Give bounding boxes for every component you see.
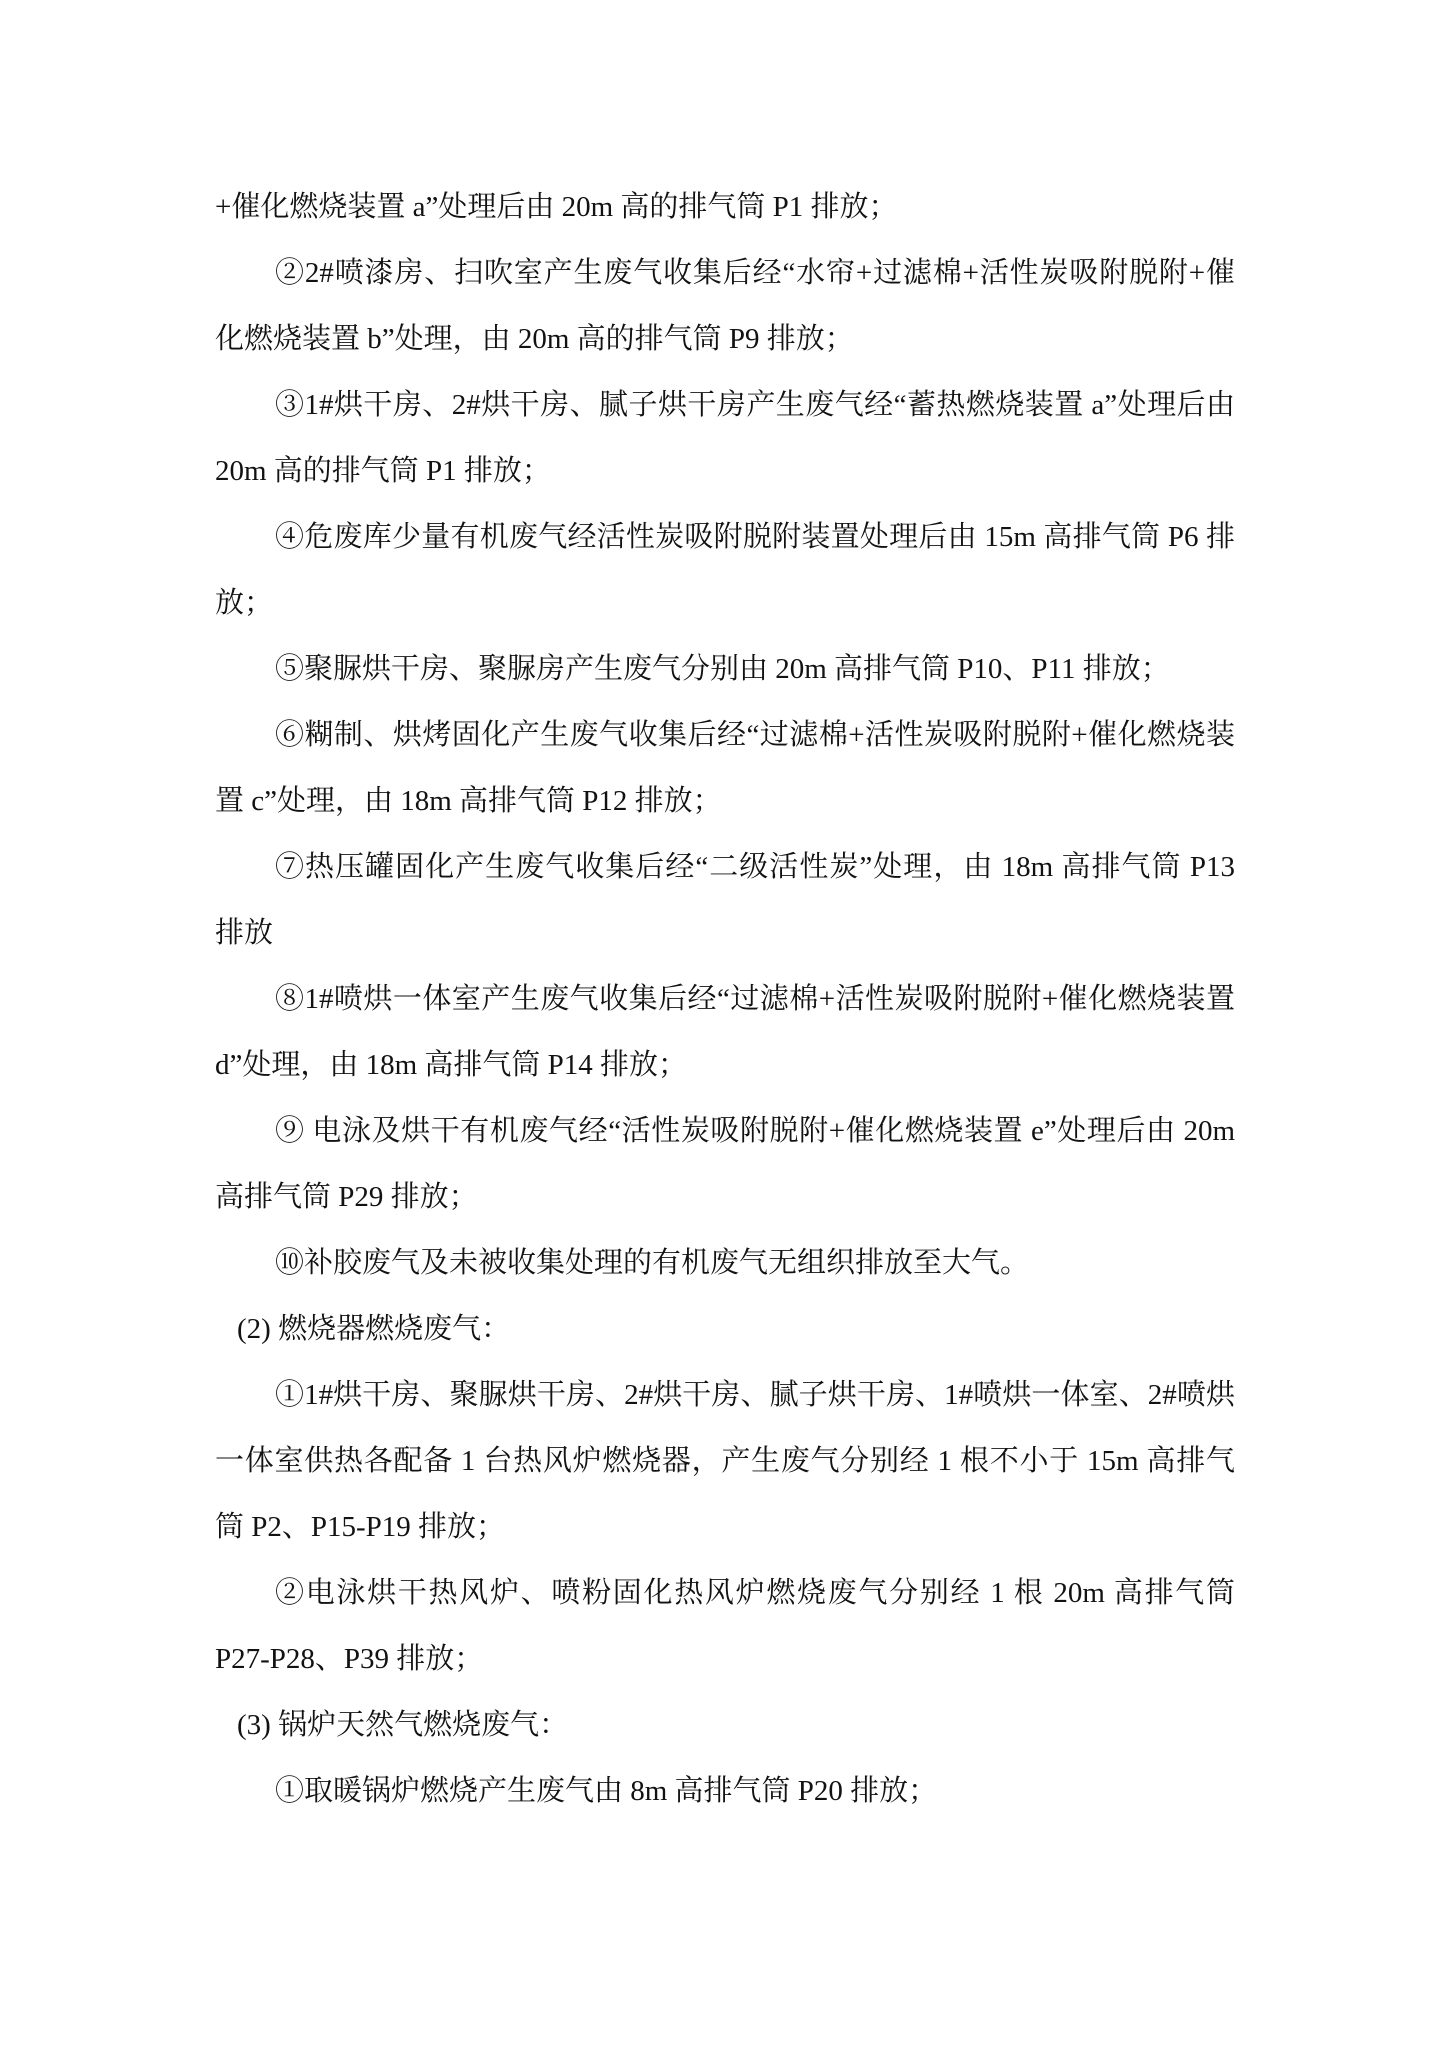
document-line: ③1#烘干房、2#烘干房、腻子烘干房产生废气经“蓄热燃烧装置 a”处理后由 — [215, 372, 1235, 438]
document-body: +催化燃烧装置 a”处理后由 20m 高的排气筒 P1 排放；②2#喷漆房、扫吹… — [215, 174, 1235, 1824]
document-line: ⑦热压罐固化产生废气收集后经“二级活性炭”处理，由 18m 高排气筒 P13 — [215, 834, 1235, 900]
document-line: 高排气筒 P29 排放； — [215, 1164, 1235, 1230]
document-line: ⑧1#喷烘一体室产生废气收集后经“过滤棉+活性炭吸附脱附+催化燃烧装置 — [215, 966, 1235, 1032]
paragraph: ①1#烘干房、聚脲烘干房、2#烘干房、腻子烘干房、1#喷烘一体室、2#喷烘一体室… — [215, 1362, 1235, 1560]
paragraph: ⑥糊制、烘烤固化产生废气收集后经“过滤棉+活性炭吸附脱附+催化燃烧装置 c”处理… — [215, 702, 1235, 834]
document-line: 一体室供热各配备 1 台热风炉燃烧器，产生废气分别经 1 根不小于 15m 高排… — [215, 1428, 1235, 1494]
document-line: 置 c”处理，由 18m 高排气筒 P12 排放； — [215, 768, 1235, 834]
paragraph: ⑧1#喷烘一体室产生废气收集后经“过滤棉+活性炭吸附脱附+催化燃烧装置d”处理，… — [215, 966, 1235, 1098]
paragraph: (3) 锅炉天然气燃烧废气： — [215, 1692, 1235, 1758]
paragraph: ②电泳烘干热风炉、喷粉固化热风炉燃烧废气分别经 1 根 20m 高排气筒P27-… — [215, 1560, 1235, 1692]
document-line: 筒 P2、P15-P19 排放； — [215, 1494, 1235, 1560]
paragraph: ⑤聚脲烘干房、聚脲房产生废气分别由 20m 高排气筒 P10、P11 排放； — [215, 636, 1235, 702]
paragraph: ⑨ 电泳及烘干有机废气经“活性炭吸附脱附+催化燃烧装置 e”处理后由 20m高排… — [215, 1098, 1235, 1230]
document-line: P27-P28、P39 排放； — [215, 1626, 1235, 1692]
paragraph: ③1#烘干房、2#烘干房、腻子烘干房产生废气经“蓄热燃烧装置 a”处理后由20m… — [215, 372, 1235, 504]
paragraph: ⑩补胶废气及未被收集处理的有机废气无组织排放至大气。 — [215, 1230, 1235, 1296]
document-line: (3) 锅炉天然气燃烧废气： — [215, 1692, 1235, 1758]
document-line: +催化燃烧装置 a”处理后由 20m 高的排气筒 P1 排放； — [215, 174, 1235, 240]
document-line: 放； — [215, 570, 1235, 636]
document-line: ⑤聚脲烘干房、聚脲房产生废气分别由 20m 高排气筒 P10、P11 排放； — [215, 636, 1235, 702]
document-line: 排放 — [215, 900, 1235, 966]
document-line: ⑩补胶废气及未被收集处理的有机废气无组织排放至大气。 — [215, 1230, 1235, 1296]
paragraph: (2) 燃烧器燃烧废气： — [215, 1296, 1235, 1362]
document-line: ⑨ 电泳及烘干有机废气经“活性炭吸附脱附+催化燃烧装置 e”处理后由 20m — [215, 1098, 1235, 1164]
paragraph: ①取暖锅炉燃烧产生废气由 8m 高排气筒 P20 排放； — [215, 1758, 1235, 1824]
document-line: ②电泳烘干热风炉、喷粉固化热风炉燃烧废气分别经 1 根 20m 高排气筒 — [215, 1560, 1235, 1626]
paragraph: ④危废库少量有机废气经活性炭吸附脱附装置处理后由 15m 高排气筒 P6 排放； — [215, 504, 1235, 636]
paragraph: ⑦热压罐固化产生废气收集后经“二级活性炭”处理，由 18m 高排气筒 P13排放 — [215, 834, 1235, 966]
document-line: ①取暖锅炉燃烧产生废气由 8m 高排气筒 P20 排放； — [215, 1758, 1235, 1824]
document-line: 20m 高的排气筒 P1 排放； — [215, 438, 1235, 504]
paragraph: +催化燃烧装置 a”处理后由 20m 高的排气筒 P1 排放； — [215, 174, 1235, 240]
document-page: +催化燃烧装置 a”处理后由 20m 高的排气筒 P1 排放；②2#喷漆房、扫吹… — [0, 0, 1448, 2048]
document-line: ⑥糊制、烘烤固化产生废气收集后经“过滤棉+活性炭吸附脱附+催化燃烧装 — [215, 702, 1235, 768]
document-line: ①1#烘干房、聚脲烘干房、2#烘干房、腻子烘干房、1#喷烘一体室、2#喷烘 — [215, 1362, 1235, 1428]
document-line: 化燃烧装置 b”处理，由 20m 高的排气筒 P9 排放； — [215, 306, 1235, 372]
document-line: ④危废库少量有机废气经活性炭吸附脱附装置处理后由 15m 高排气筒 P6 排 — [215, 504, 1235, 570]
paragraph: ②2#喷漆房、扫吹室产生废气收集后经“水帘+过滤棉+活性炭吸附脱附+催化燃烧装置… — [215, 240, 1235, 372]
document-line: d”处理，由 18m 高排气筒 P14 排放； — [215, 1032, 1235, 1098]
document-line: (2) 燃烧器燃烧废气： — [215, 1296, 1235, 1362]
document-line: ②2#喷漆房、扫吹室产生废气收集后经“水帘+过滤棉+活性炭吸附脱附+催 — [215, 240, 1235, 306]
